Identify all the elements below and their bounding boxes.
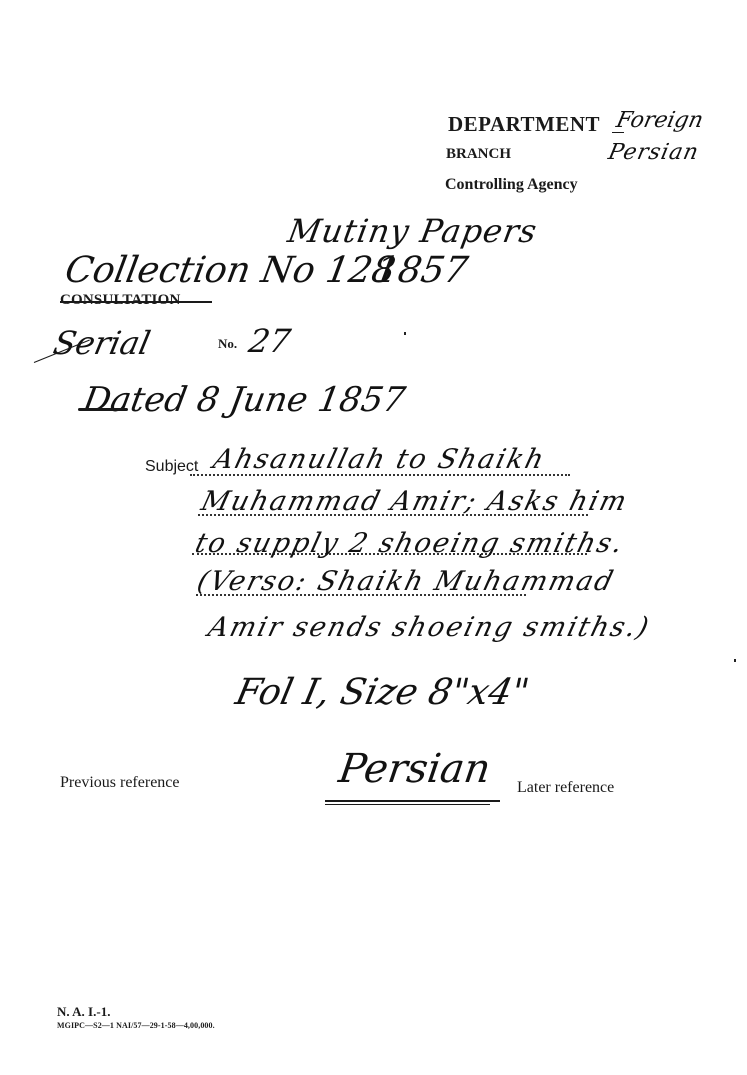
collection-number-handwritten: Collection No 128 — [62, 250, 399, 291]
later-reference-label: Later reference — [517, 779, 614, 797]
subject-line-1: Ahsanullah to Shaikh — [210, 444, 549, 475]
subject-line-4: (Verso: Shaikh Muhammad — [194, 566, 618, 597]
controlling-agency-label: Controlling Agency — [445, 176, 578, 194]
serial-no-label: No. — [218, 336, 237, 352]
dated-flourish — [78, 408, 128, 411]
department-value-handwritten: Foreign — [614, 108, 705, 133]
printer-imprint: MGIPC—S2—1 NAI/57—29-1-58—4,00,000. — [57, 1021, 215, 1030]
reference-underline-1 — [325, 800, 500, 802]
reference-underline-2 — [325, 804, 490, 805]
department-underline — [612, 132, 624, 133]
paper-speck — [404, 332, 406, 335]
form-code: N. A. I.-1. — [57, 1004, 110, 1020]
serial-number-handwritten: 27 — [246, 322, 293, 360]
consultation-strikethrough — [60, 301, 212, 303]
serial-label-handwritten: Serial — [50, 324, 154, 362]
subject-line-2: Muhammad Amir; Asks him — [198, 486, 632, 517]
paper-speck — [734, 659, 736, 662]
subject-line-5: Amir sends shoeing smiths.) — [205, 612, 654, 643]
branch-label: BRANCH — [446, 146, 511, 163]
dated-handwritten: Dated 8 June 1857 — [80, 380, 408, 420]
previous-reference-label: Previous reference — [60, 774, 180, 792]
collection-year-handwritten: 1857 — [372, 250, 471, 291]
reference-value-handwritten: Persian — [336, 746, 493, 792]
folio-size-handwritten: Fol I, Size 8"x4" — [232, 672, 533, 713]
branch-value-handwritten: Persian — [606, 140, 701, 165]
collection-title-handwritten: Mutiny Papers — [285, 212, 540, 250]
department-label: DEPARTMENT — [448, 112, 600, 137]
subject-line-3: to supply 2 shoeing smiths. — [192, 528, 628, 559]
